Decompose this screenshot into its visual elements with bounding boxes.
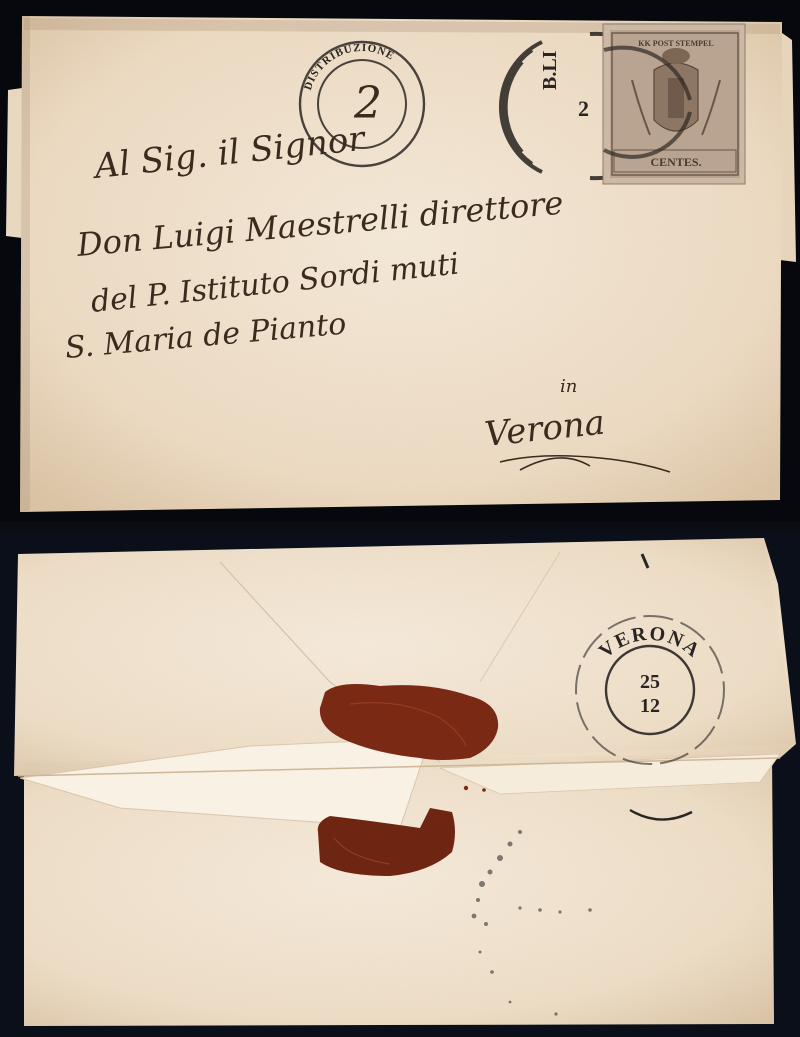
letter-back-image: VERONA 25 12 [0, 532, 800, 1037]
destination-prefix: in [560, 376, 577, 397]
letter-front-image: DISTRIBUZIONE 2 B.LI 2 KK POST STEMPEL [0, 0, 800, 522]
letter-back-panel: VERONA 25 12 [0, 532, 800, 1037]
letter-front-panel: DISTRIBUZIONE 2 B.LI 2 KK POST STEMPEL [0, 0, 800, 522]
postmark-day: 25 [640, 671, 660, 693]
svg-text:CENTES.: CENTES. [650, 155, 701, 169]
svg-text:B.LI: B.LI [539, 50, 561, 90]
svg-text:2: 2 [578, 96, 589, 121]
postage-stamp: KK POST STEMPEL CENTES. [603, 24, 745, 184]
fold-edge-left [6, 88, 22, 238]
postmark-month: 12 [640, 695, 660, 717]
svg-text:KK POST STEMPEL: KK POST STEMPEL [638, 39, 713, 48]
